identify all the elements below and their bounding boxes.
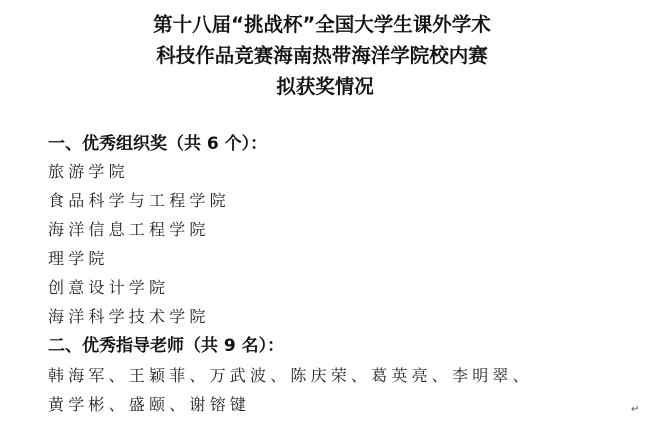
list-item: 理学院 <box>48 249 109 269</box>
list-item: 创意设计学院 <box>48 278 169 298</box>
list-item: 旅游学院 <box>48 162 129 182</box>
list-item: 海洋科学技术学院 <box>48 307 210 327</box>
document-title: 第十八届“挑战杯”全国大学生课外学术 科技作品竞赛海南热带海洋学院校内赛 拟获奖… <box>0 9 650 102</box>
list-item: 食品科学与工程学院 <box>48 191 230 211</box>
instructor-names-line-2: 黄学彬、盛颐、谢镕键 <box>48 395 250 415</box>
section-heading-instructor-award: 二、优秀指导老师（共 9 名）： <box>48 336 284 356</box>
section-heading-organization-award: 一、优秀组织奖（共 6 个）： <box>48 134 267 154</box>
list-item: 海洋信息工程学院 <box>48 220 210 240</box>
title-line-2: 科技作品竞赛海南热带海洋学院校内赛 <box>0 40 650 71</box>
title-line-3: 拟获奖情况 <box>0 71 650 102</box>
instructor-names-line-1: 韩海军、王颖菲、万武波、陈庆荣、葛英亮、李明翠、 <box>48 366 533 386</box>
title-line-1: 第十八届“挑战杯”全国大学生课外学术 <box>0 9 650 40</box>
paragraph-mark-icon: ↵ <box>631 404 639 416</box>
